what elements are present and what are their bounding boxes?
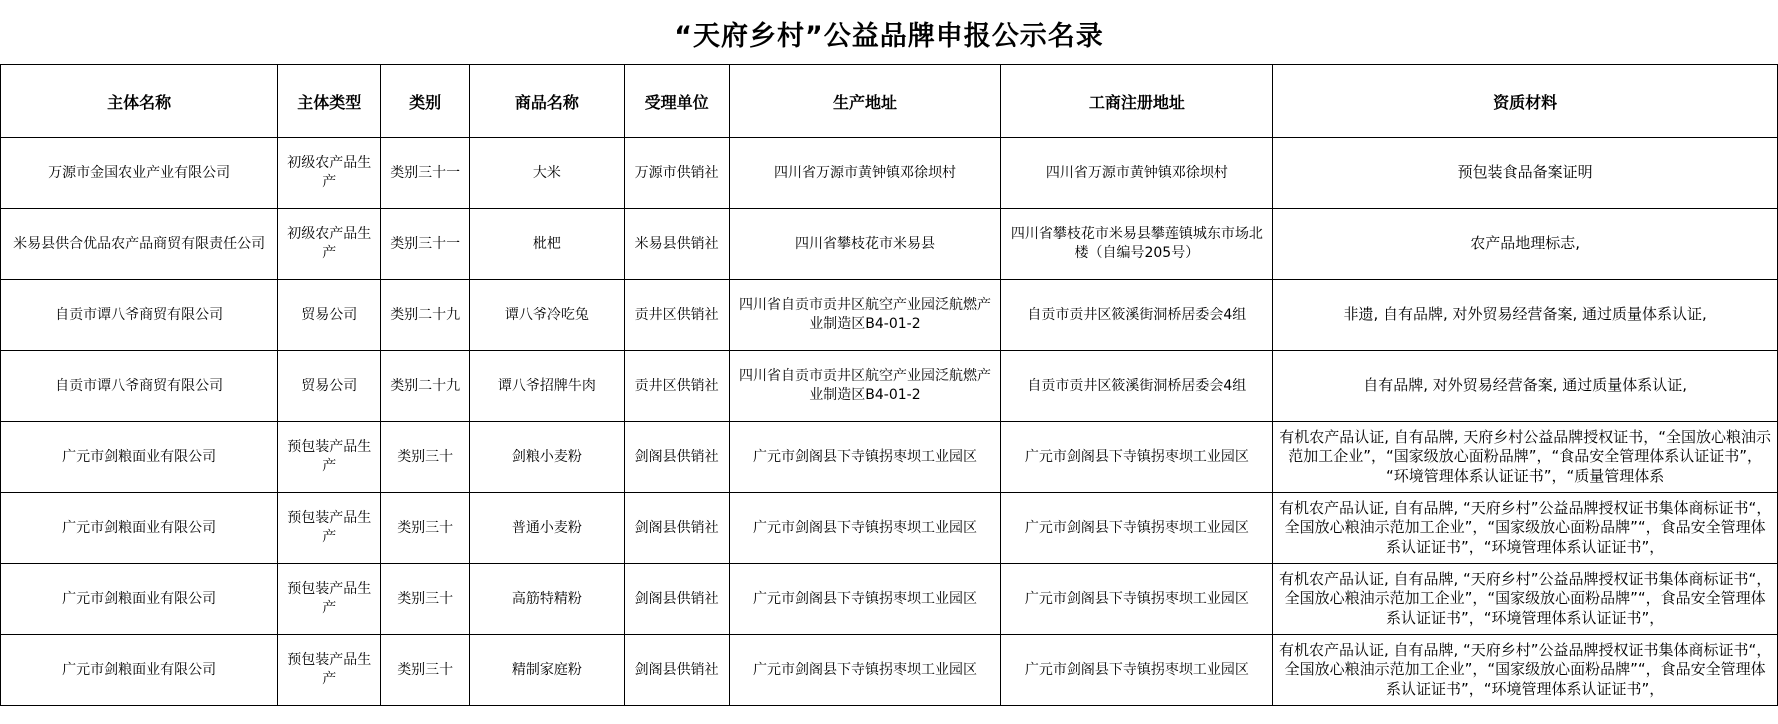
table-cell: 类别三十 [381, 635, 470, 706]
table-cell: 枇杷 [470, 209, 625, 280]
table-cell: 广元市剑阁县下寺镇拐枣坝工业园区 [729, 493, 1001, 564]
table-cell: 贸易公司 [278, 280, 381, 351]
table-cell: 四川省自贡市贡井区航空产业园泛航燃产业制造区B4-01-2 [729, 351, 1001, 422]
table-cell: 四川省自贡市贡井区航空产业园泛航燃产业制造区B4-01-2 [729, 280, 1001, 351]
table-cell: 预包装食品备案证明 [1273, 138, 1778, 209]
table-cell: 剑粮小麦粉 [470, 422, 625, 493]
table-cell: 类别三十一 [381, 209, 470, 280]
table-cell: 广元市剑粮面业有限公司 [1, 422, 278, 493]
table-cell: 剑阁县供销社 [624, 422, 729, 493]
table-cell: 剑阁县供销社 [624, 493, 729, 564]
table-cell: 谭八爷招牌牛肉 [470, 351, 625, 422]
table-row: 广元市剑粮面业有限公司预包装产品生产类别三十精制家庭粉剑阁县供销社广元市剑阁县下… [1, 635, 1778, 706]
table-header: 主体名称主体类型类别商品名称受理单位生产地址工商注册地址资质材料 [1, 65, 1778, 138]
column-header: 类别 [381, 65, 470, 138]
table-cell: 初级农产品生产 [278, 138, 381, 209]
table-row: 广元市剑粮面业有限公司预包装产品生产类别三十高筋特精粉剑阁县供销社广元市剑阁县下… [1, 564, 1778, 635]
table-cell: 广元市剑阁县下寺镇拐枣坝工业园区 [1001, 493, 1273, 564]
table-cell: 剑阁县供销社 [624, 564, 729, 635]
table-cell: 类别三十 [381, 564, 470, 635]
table-cell: 有机农产品认证, 自有品牌, “天府乡村”公益品牌授权证书集体商标证书“，全国放… [1273, 635, 1778, 706]
table-cell: 类别三十 [381, 493, 470, 564]
table-row: 自贡市谭八爷商贸有限公司贸易公司类别二十九谭八爷招牌牛肉贡井区供销社四川省自贡市… [1, 351, 1778, 422]
table-cell: 广元市剑阁县下寺镇拐枣坝工业园区 [1001, 564, 1273, 635]
table-cell: 普通小麦粉 [470, 493, 625, 564]
table-body: 万源市金国农业产业有限公司初级农产品生产类别三十一大米万源市供销社四川省万源市黄… [1, 138, 1778, 706]
table-row: 万源市金国农业产业有限公司初级农产品生产类别三十一大米万源市供销社四川省万源市黄… [1, 138, 1778, 209]
table-cell: 大米 [470, 138, 625, 209]
table-cell: 广元市剑粮面业有限公司 [1, 493, 278, 564]
table-cell: 广元市剑阁县下寺镇拐枣坝工业园区 [729, 564, 1001, 635]
table-cell: 米易县供销社 [624, 209, 729, 280]
table-cell: 四川省攀枝花市米易县 [729, 209, 1001, 280]
table-cell: 广元市剑阁县下寺镇拐枣坝工业园区 [729, 422, 1001, 493]
table-cell: 预包装产品生产 [278, 493, 381, 564]
table-cell: 米易县供合优品农产品商贸有限责任公司 [1, 209, 278, 280]
table-cell: 自有品牌, 对外贸易经营备案, 通过质量体系认证, [1273, 351, 1778, 422]
table-cell: 贸易公司 [278, 351, 381, 422]
table-cell: 类别三十 [381, 422, 470, 493]
table-cell: 类别二十九 [381, 351, 470, 422]
table-cell: 高筋特精粉 [470, 564, 625, 635]
table-row: 广元市剑粮面业有限公司预包装产品生产类别三十剑粮小麦粉剑阁县供销社广元市剑阁县下… [1, 422, 1778, 493]
table-cell: 自贡市谭八爷商贸有限公司 [1, 280, 278, 351]
table-cell: 贡井区供销社 [624, 280, 729, 351]
table-cell: 预包装产品生产 [278, 422, 381, 493]
table-row: 自贡市谭八爷商贸有限公司贸易公司类别二十九谭八爷冷吃兔贡井区供销社四川省自贡市贡… [1, 280, 1778, 351]
table-cell: 四川省攀枝花市米易县攀莲镇城东市场北楼（自编号205号） [1001, 209, 1273, 280]
column-header: 资质材料 [1273, 65, 1778, 138]
table-cell: 初级农产品生产 [278, 209, 381, 280]
table-cell: 自贡市谭八爷商贸有限公司 [1, 351, 278, 422]
table-cell: 预包装产品生产 [278, 564, 381, 635]
table-cell: 广元市剑粮面业有限公司 [1, 564, 278, 635]
column-header: 生产地址 [729, 65, 1001, 138]
page-title: “天府乡村”公益品牌申报公示名录 [0, 0, 1778, 64]
table-cell: 广元市剑粮面业有限公司 [1, 635, 278, 706]
table-cell: 预包装产品生产 [278, 635, 381, 706]
table-cell: 自贡市贡井区筱溪街洞桥居委会4组 [1001, 351, 1273, 422]
table-row: 广元市剑粮面业有限公司预包装产品生产类别三十普通小麦粉剑阁县供销社广元市剑阁县下… [1, 493, 1778, 564]
table-cell: 有机农产品认证, 自有品牌, “天府乡村”公益品牌授权证书集体商标证书“，全国放… [1273, 564, 1778, 635]
column-header: 商品名称 [470, 65, 625, 138]
column-header: 工商注册地址 [1001, 65, 1273, 138]
page: “天府乡村”公益品牌申报公示名录 主体名称主体类型类别商品名称受理单位生产地址工… [0, 0, 1778, 724]
table-cell: 类别三十一 [381, 138, 470, 209]
table-header-row: 主体名称主体类型类别商品名称受理单位生产地址工商注册地址资质材料 [1, 65, 1778, 138]
table-cell: 四川省万源市黄钟镇邓徐坝村 [1001, 138, 1273, 209]
column-header: 受理单位 [624, 65, 729, 138]
table-cell: 万源市金国农业产业有限公司 [1, 138, 278, 209]
table-cell: 剑阁县供销社 [624, 635, 729, 706]
table-cell: 非遗, 自有品牌, 对外贸易经营备案, 通过质量体系认证, [1273, 280, 1778, 351]
table-cell: 广元市剑阁县下寺镇拐枣坝工业园区 [729, 635, 1001, 706]
column-header: 主体名称 [1, 65, 278, 138]
table-cell: 贡井区供销社 [624, 351, 729, 422]
table-row: 米易县供合优品农产品商贸有限责任公司初级农产品生产类别三十一枇杷米易县供销社四川… [1, 209, 1778, 280]
table-cell: 精制家庭粉 [470, 635, 625, 706]
report-table: 主体名称主体类型类别商品名称受理单位生产地址工商注册地址资质材料 万源市金国农业… [0, 64, 1778, 706]
table-cell: 类别二十九 [381, 280, 470, 351]
table-cell: 广元市剑阁县下寺镇拐枣坝工业园区 [1001, 635, 1273, 706]
column-header: 主体类型 [278, 65, 381, 138]
table-cell: 广元市剑阁县下寺镇拐枣坝工业园区 [1001, 422, 1273, 493]
table-cell: 农产品地理标志, [1273, 209, 1778, 280]
table-cell: 有机农产品认证, 自有品牌, 天府乡村公益品牌授权证书，“全国放心粮油示范加工企… [1273, 422, 1778, 493]
table-cell: 四川省万源市黄钟镇邓徐坝村 [729, 138, 1001, 209]
table-cell: 万源市供销社 [624, 138, 729, 209]
table-cell: 自贡市贡井区筱溪街洞桥居委会4组 [1001, 280, 1273, 351]
table-cell: 有机农产品认证, 自有品牌, “天府乡村”公益品牌授权证书集体商标证书“，全国放… [1273, 493, 1778, 564]
table-cell: 谭八爷冷吃兔 [470, 280, 625, 351]
